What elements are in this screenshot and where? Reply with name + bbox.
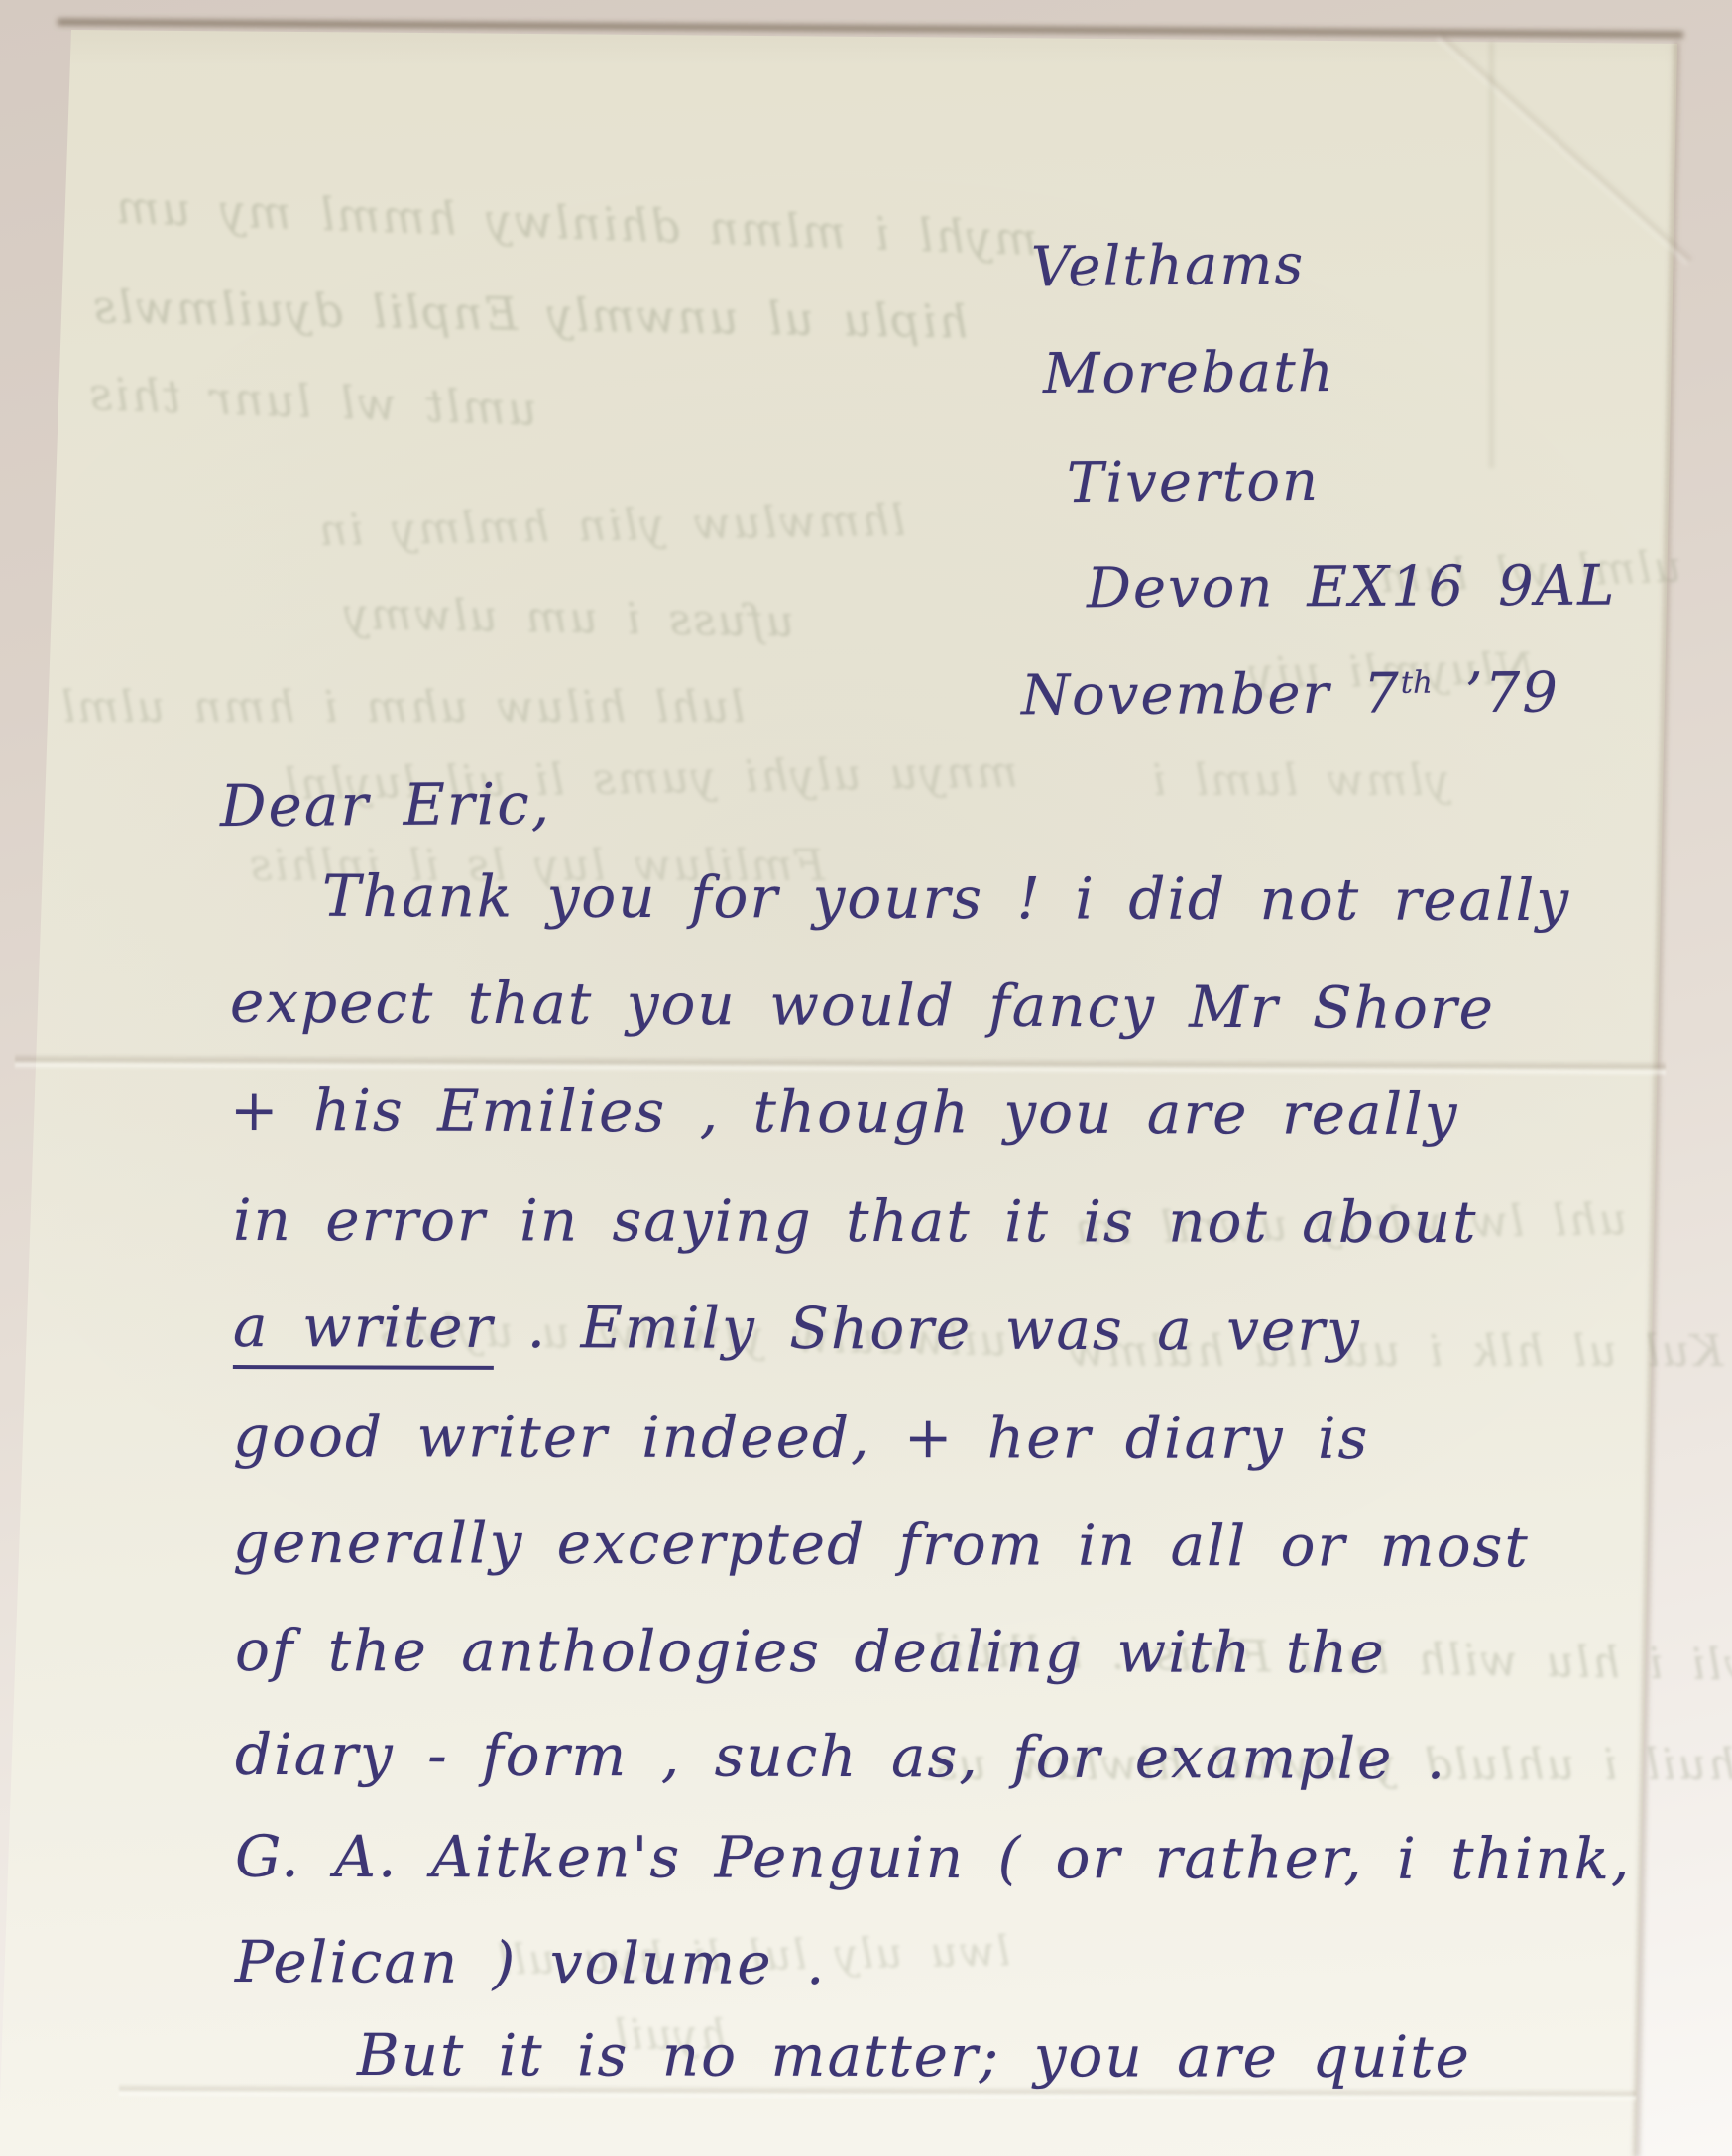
salutation: Dear Eric, (220, 770, 552, 840)
letter-line: generally excerpted from in all or most (233, 1509, 1530, 1581)
address-line: Velthams (1031, 233, 1306, 300)
letter-line: of the anthologies dealing with the (235, 1617, 1386, 1686)
date-ordinal-suffix: th (1401, 665, 1433, 701)
letter-line: a writer . Emily Shore was a very (233, 1293, 1361, 1364)
bleedthrough-line: lhmwluw ylin hmlmy in (317, 496, 906, 556)
date-year: ’79 (1433, 661, 1559, 727)
date-line: November 7th ’79 (1021, 661, 1559, 729)
address-line: Tiverton (1067, 449, 1321, 515)
letter-line: in error in saying that it is not about (233, 1187, 1478, 1256)
letter-line: Thank you for yours ! i did not really (322, 862, 1570, 934)
vertical-crease (1489, 42, 1494, 468)
address-line: Morebath (1043, 340, 1335, 406)
bleedthrough-line: ylmw luml i (1150, 755, 1450, 806)
letter-line: + his Emilies , though you are really (230, 1077, 1459, 1148)
address-line: Devon EX16 9AL (1087, 554, 1617, 622)
letter-line: diary - form , such as, for example . (235, 1721, 1447, 1792)
letter-line: expect that you would fancy Mr Shore (230, 968, 1495, 1043)
letter-line: good writer indeed, + her diary is (233, 1403, 1369, 1472)
letter-line: G. A. Aitken's Penguin ( or rather, i th… (235, 1823, 1631, 1892)
bleedthrough-line: ufuss i um ulwmy (342, 589, 795, 647)
date-prefix: November 7 (1021, 661, 1401, 728)
letter-line-rest: . Emily Shore was a very (494, 1294, 1361, 1364)
underlined-phrase: a writer (233, 1293, 495, 1370)
scanned-letter-page: { "scan": { "description": "Scanned hand… (0, 0, 1732, 2156)
letter-line: But it is no matter; you are quite (357, 2021, 1471, 2091)
bleedthrough-line: luhl hiluw uhm i hmn ulml (59, 682, 745, 733)
letter-line: Pelican ) volume . (235, 1928, 827, 1997)
